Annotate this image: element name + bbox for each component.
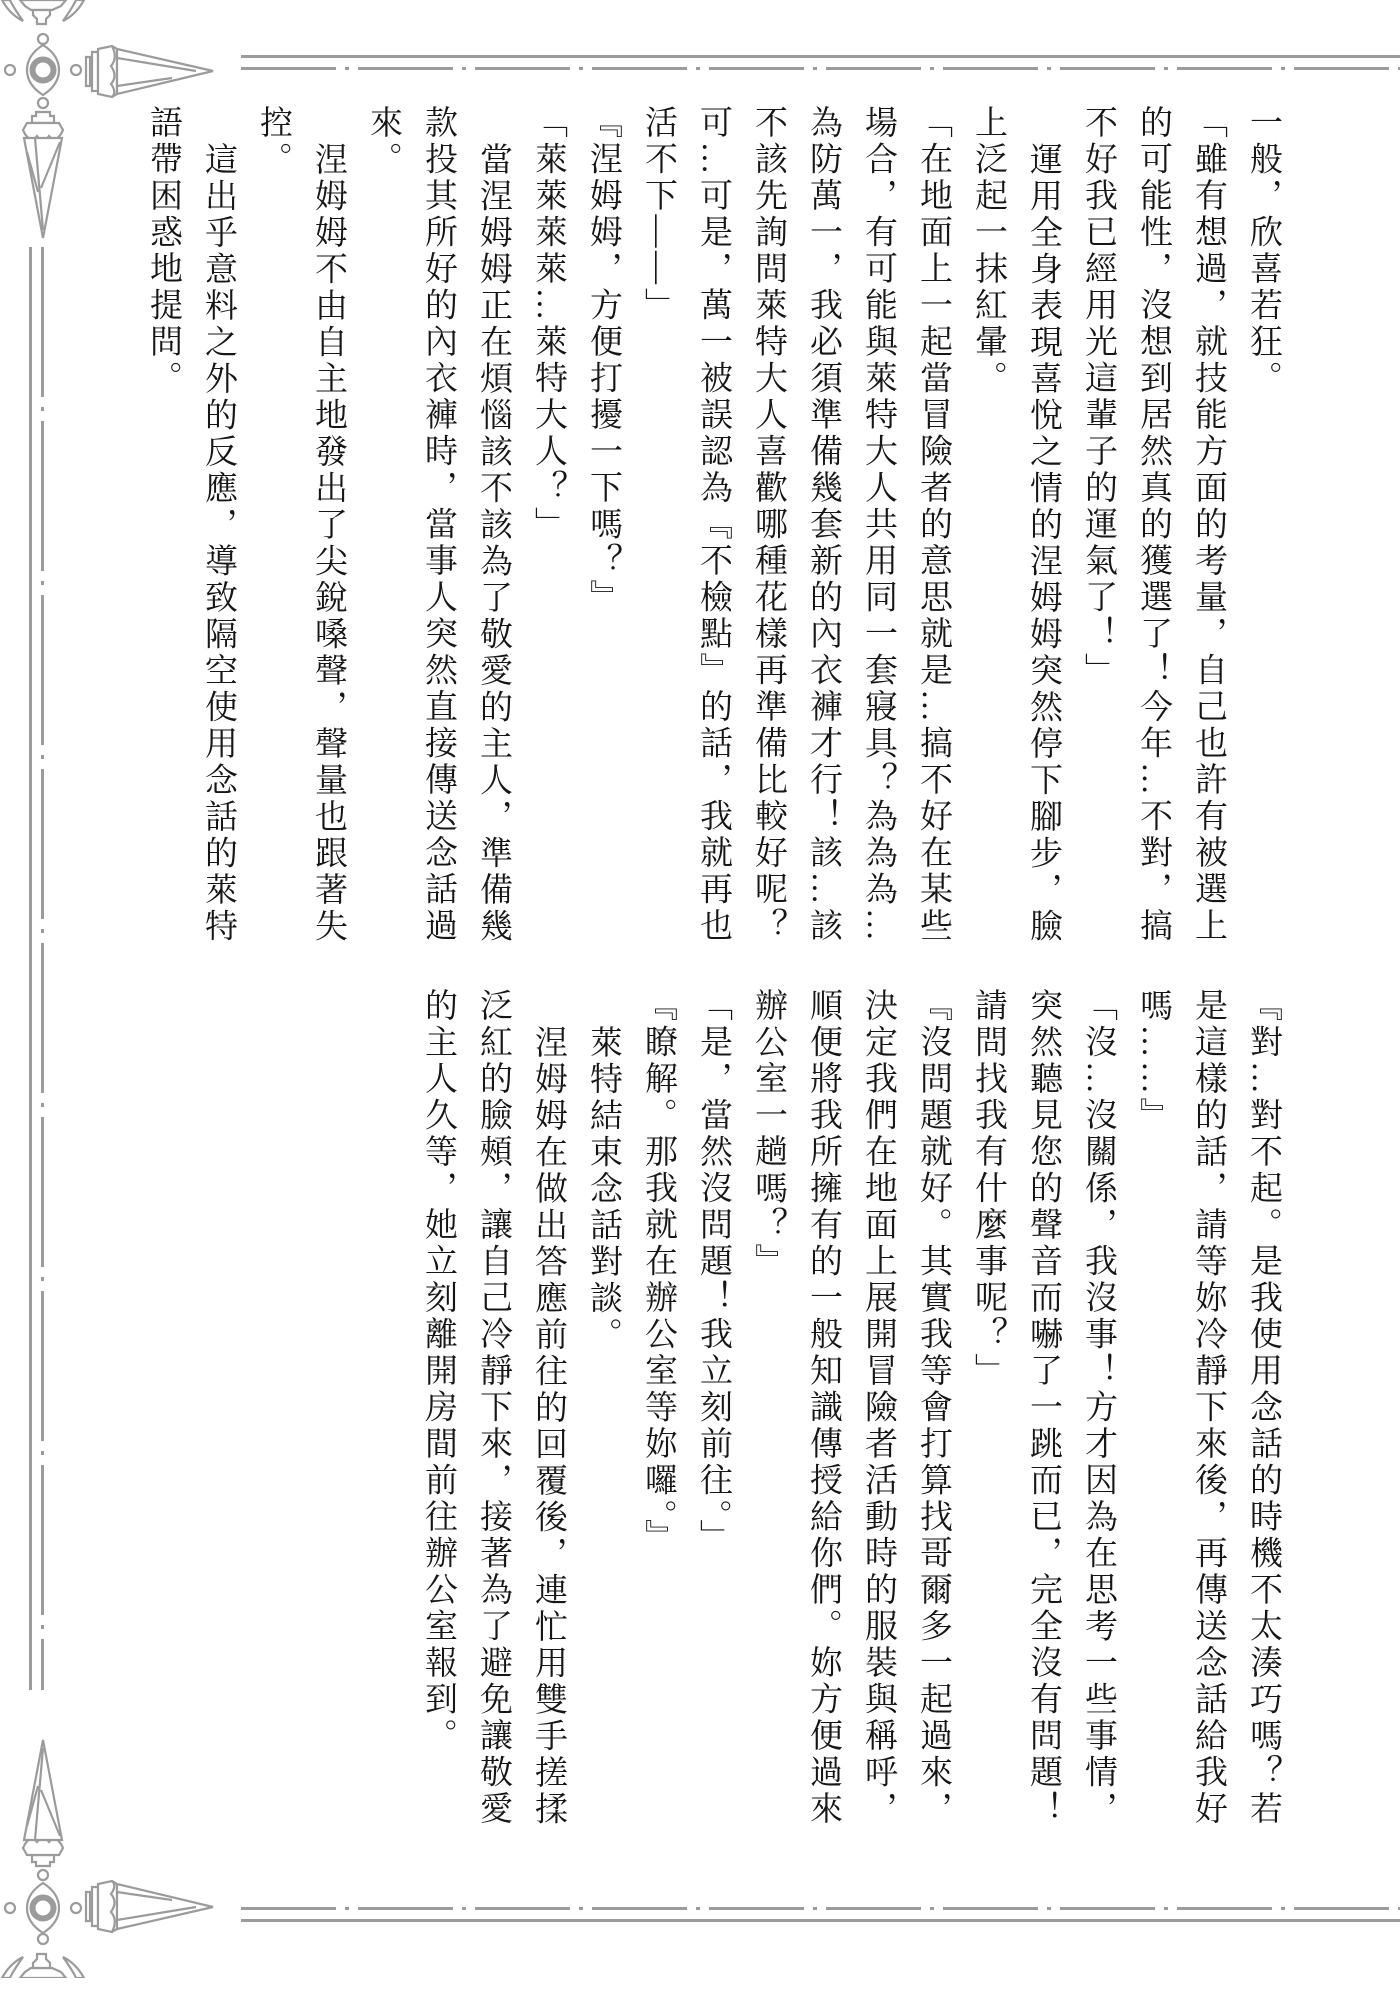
text-column: 涅姆姆在做出答應前往的回覆後，連忙用雙手搓揉 (520, 988, 575, 1828)
text-column: 上泛起一抹紅暈。 (960, 105, 1015, 945)
text-block-top: 一般，欣喜若狂。「雖有想過，就技能方面的考量，自己也許有被選上的可能性，沒想到居… (135, 105, 1290, 945)
text-column: 是這樣的話，請等妳冷靜下來後，再傳送念話給我好 (1180, 988, 1235, 1828)
text-column: 語帶困惑地提問。 (135, 105, 190, 945)
text-column: 嗎……』 (1125, 988, 1180, 1828)
text-column: 『對…對不起。是我使用念話的時機不太湊巧嗎？若 (1235, 988, 1290, 1828)
crystal-ornament-icon (0, 1728, 230, 1978)
left-border-dashdot-line (41, 247, 44, 1690)
text-column: 決定我們在地面上展開冒險者活動時的服裝與稱呼， (850, 988, 905, 1828)
medallion-icon (5, 34, 81, 108)
text-column: 不該先詢問萊特大人喜歡哪種花樣再準備比較好呢？ (740, 105, 795, 945)
bottom-border-solid-line (241, 1919, 1400, 1922)
text-column: 萊特結束念話對談。 (575, 988, 630, 1828)
text-column: 順便將我所擁有的一般知識傳授給你們。妳方便過來 (795, 988, 850, 1828)
text-block-bottom: 『對…對不起。是我使用念話的時機不太湊巧嗎？若是這樣的話，請等妳冷靜下來後，再傳… (410, 988, 1290, 1828)
text-column: 為防萬一，我必須準備幾套新的內衣褲才行！該…該 (795, 105, 850, 945)
text-column: 運用全身表現喜悅之情的涅姆姆突然停下腳步，臉 (1015, 105, 1070, 945)
text-column: 「沒…沒關係，我沒事！方才因為在思考一些事情， (1070, 988, 1125, 1828)
text-column: 的可能性，沒想到居然真的獲選了！今年…不對，搞 (1125, 105, 1180, 945)
text-column: 涅姆姆不由自主地發出了尖銳嗓聲，聲量也跟著失 (300, 105, 355, 945)
text-column: 辦公室一趟嗎？』 (740, 988, 795, 1828)
text-column: 「雖有想過，就技能方面的考量，自己也許有被選上 (1180, 105, 1235, 945)
text-column: 請問找我有什麼事呢？」 (960, 988, 1015, 1828)
text-column: 「萊萊萊萊…萊特大人？」 (520, 105, 575, 945)
left-border-solid-line (29, 247, 32, 1690)
text-column: 一般，欣喜若狂。 (1235, 105, 1290, 945)
top-border-solid-line (241, 55, 1400, 58)
text-column: 來。 (355, 105, 410, 945)
text-column: 的主人久等，她立刻離開房間前往辦公室報到。 (410, 988, 465, 1828)
text-column: 活不下——」 (630, 105, 685, 945)
text-column: 『沒問題就好。其實我等會打算找哥爾多一起過來， (905, 988, 960, 1828)
text-column: 「在地面上一起當冒險者的意思就是…搞不好在某些 (905, 105, 960, 945)
novel-page: 一般，欣喜若狂。「雖有想過，就技能方面的考量，自己也許有被選上的可能性，沒想到居… (0, 0, 1400, 1989)
text-column: 『瞭解。那我就在辦公室等妳囉。』 (630, 988, 685, 1828)
bottom-border-dashdot-line (241, 1907, 1400, 1910)
text-column: 款投其所好的內衣褲時，當事人突然直接傳送念話過 (410, 105, 465, 945)
crystal-pendant-icon (23, 112, 63, 238)
cone-spike-icon (86, 1881, 213, 1932)
text-column: 這出乎意料之外的反應，導致隔空使用念話的萊特 (190, 105, 245, 945)
text-column: 可…可是，萬一被誤認為『不檢點』的話，我就再也 (685, 105, 740, 945)
text-column: 控。 (245, 105, 300, 945)
top-border-dashdot-line (241, 67, 1400, 70)
text-column: 當涅姆姆正在煩惱該不該為了敬愛的主人，準備幾 (465, 105, 520, 945)
text-column: 『涅姆姆，方便打擾一下嗎？』 (575, 105, 630, 945)
crystal-pendant-icon (23, 1740, 63, 1866)
text-column: 場合，有可能與萊特大人共用同一套寢具？為為為… (850, 105, 905, 945)
text-column: 泛紅的臉頰，讓自己冷靜下來，接著為了避免讓敬愛 (465, 988, 520, 1828)
crystal-spire-icon (2, 0, 84, 24)
text-column: 不好我已經用光這輩子的運氣了！」 (1070, 105, 1125, 945)
medallion-icon (5, 1870, 81, 1944)
corner-ornament-bottom (0, 1728, 230, 1978)
text-column: 突然聽見您的聲音而嚇了一跳而已，完全沒有問題！ (1015, 988, 1070, 1828)
cone-spike-icon (86, 46, 213, 97)
text-column: 「是，當然沒問題！我立刻前往。」 (685, 988, 740, 1828)
crystal-spire-icon (2, 1954, 84, 1978)
